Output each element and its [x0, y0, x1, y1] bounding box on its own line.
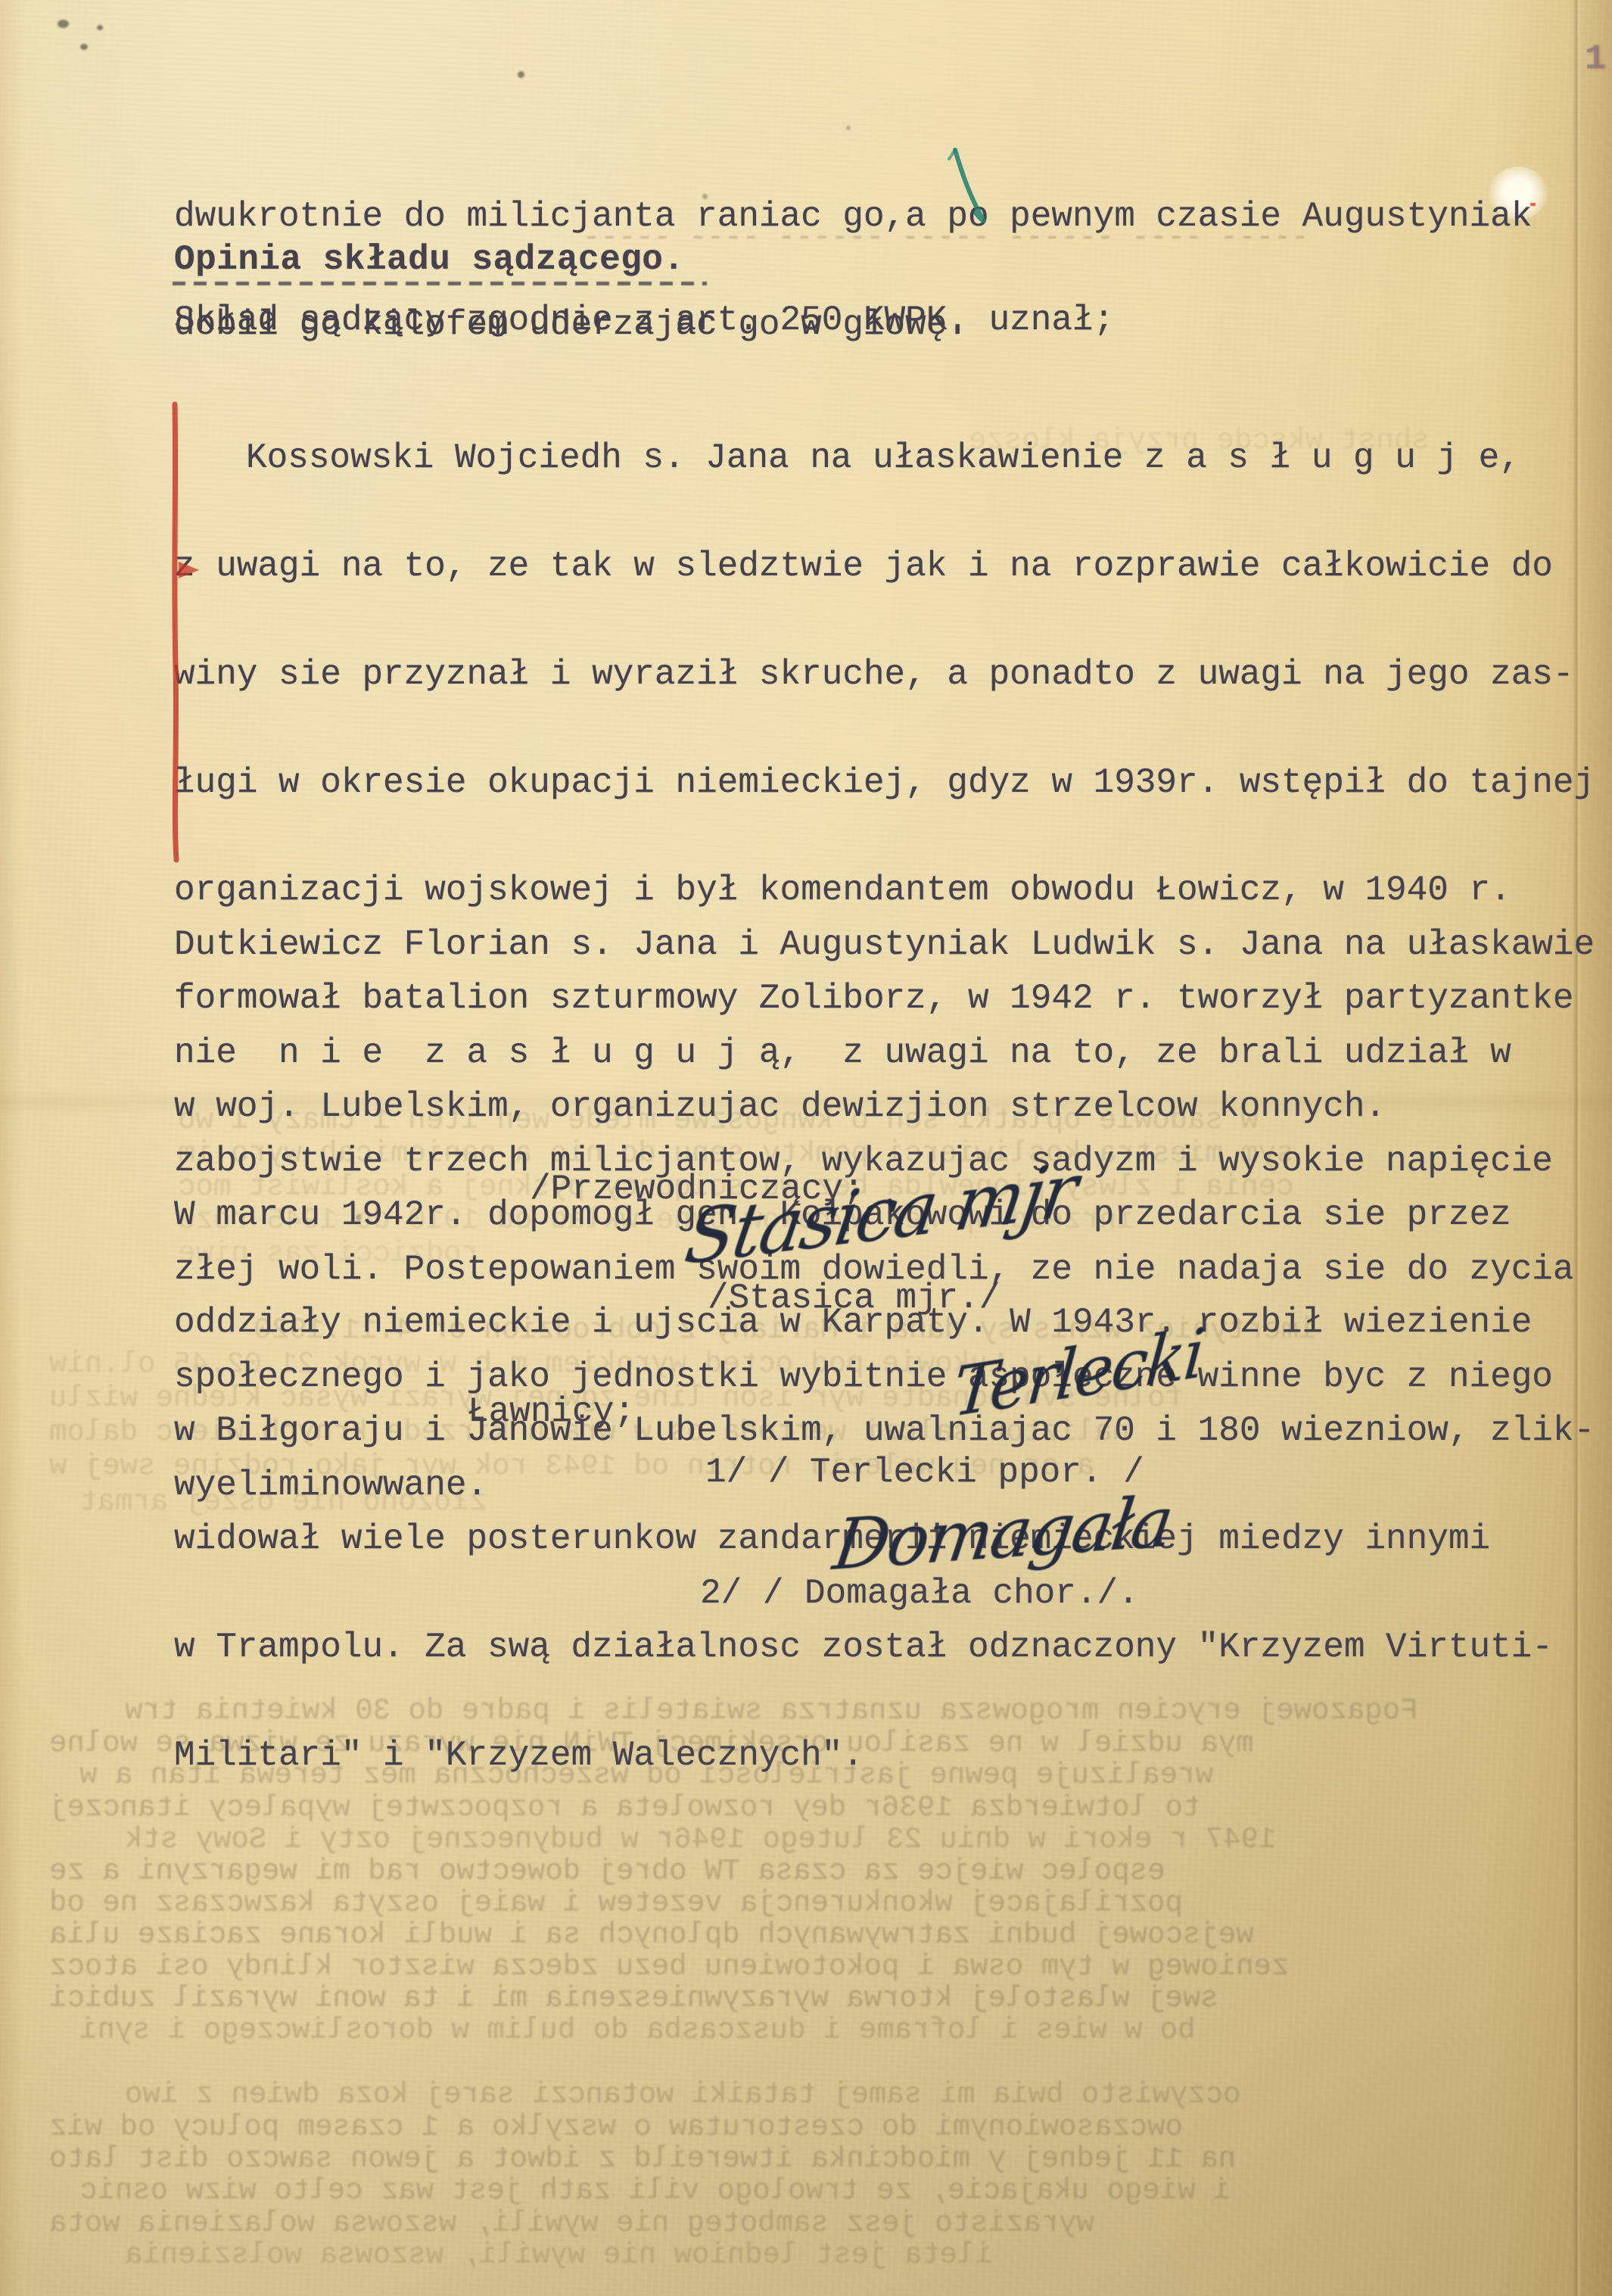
juror1-typed-name: 1/ / Terlecki ppor. / [705, 1455, 1144, 1491]
text-line: społecznego i jako jednostki wybitnie as… [174, 1360, 1595, 1396]
heading-underline [173, 282, 707, 285]
ghost-text-line: wejscowej budni zatrwywanych dplonych sa… [49, 1918, 1253, 1952]
page-number: 1 [1585, 39, 1612, 79]
ghost-text-line: wyrazisto jesz samboteg nie wywili, wszo… [49, 2207, 1094, 2240]
ghost-text-line: owczasowionymi do czestorutaw o wszylko … [49, 2111, 1183, 2144]
text-line: Militari" i "Krzyzem Walecznych". [174, 1738, 1595, 1774]
ink-speck [58, 20, 69, 28]
ghost-text-line: ileta jest ledniow nie wywili, wszowsa w… [125, 2238, 993, 2272]
juror2-typed-name: 2/ / Domagała chor./. [700, 1576, 1139, 1612]
text-line: Kossowski Wojciedh s. Jana na ułaskawien… [174, 441, 1595, 477]
ghost-text-line: bo w wies i loframe i duszcasba do bulim… [79, 2014, 1195, 2047]
ink-speck [80, 44, 88, 50]
text-line: winy sie przyznał i wyraził skruche, a p… [174, 657, 1595, 693]
ink-speck [518, 71, 524, 78]
ghost-text-line: oczywisto bwia mi samej tataiki wotanczi… [125, 2078, 1240, 2111]
section-heading: Opinia składu sądzącego. [174, 242, 685, 279]
ghost-text-line: na 11 jednej y miodcinka itwereild z idw… [49, 2142, 1236, 2176]
document-page: ----- ---- ------ ----- ------ ---- ----… [0, 0, 1612, 2296]
ghost-text-line: pozrilajacej wkonkurencja vezetew i waie… [49, 1886, 1183, 1920]
text-line: dwukrotnie do milicjanta raniac go,a po … [174, 199, 1532, 235]
text-line: nie n i e z a s ł u g u j ą, z uwagi na … [174, 1036, 1595, 1072]
subheading: Skład sądzący zgodnie z art. 250 KWPK. u… [174, 303, 1114, 339]
ghost-text-line: i wiego ukajacie, ze trwologo vili zath … [79, 2174, 1231, 2207]
ghost-text-line: swej wlastolej ktorwa wyrazywnieszenia m… [49, 1982, 1218, 2015]
ghost-text-line: espolec wiejce za czasa TW obrej dowectw… [49, 1855, 1165, 1888]
chairman-typed-name: /Stasica mjr./ [708, 1281, 1000, 1317]
text-line: z uwagi na to, ze tak w sledztwie jak i … [174, 549, 1595, 585]
text-line: w Trampolu. Za swą działalnosc został od… [174, 1630, 1595, 1666]
ghost-text-line: zenioweg w tym oswa i pokotowienu bezu z… [49, 1950, 1289, 1983]
jurors-label: Ławnicy; [468, 1394, 635, 1431]
ink-speck [97, 25, 103, 30]
text-line: ługi w okresie okupacji niemieckiej, gdy… [174, 765, 1595, 802]
text-line: Dutkiewicz Florian s. Jana i Augustyniak… [174, 927, 1595, 964]
